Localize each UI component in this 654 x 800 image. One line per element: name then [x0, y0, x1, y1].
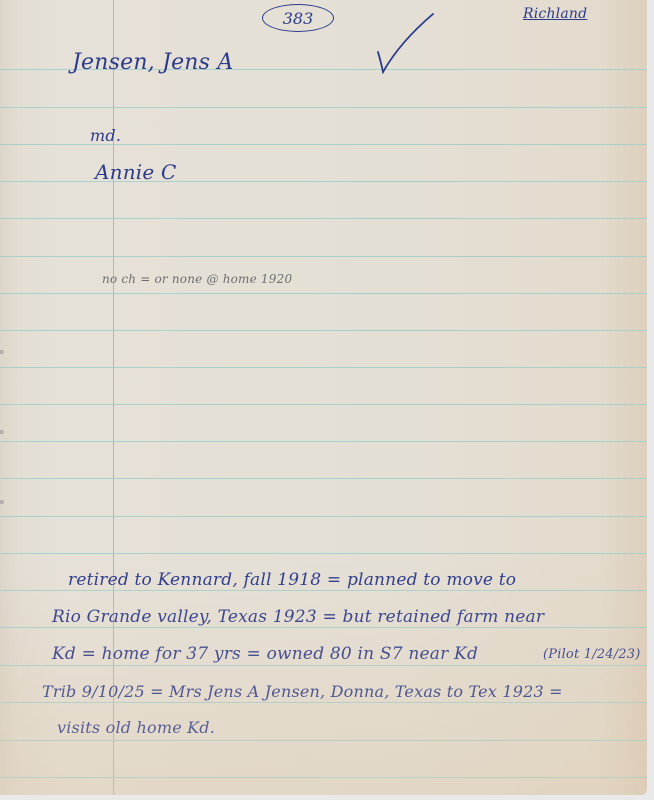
notebook-page: 383 Richland Jensen, Jens A md. Annie C …: [0, 0, 647, 795]
rule-line: [0, 404, 647, 405]
note-line-5: visits old home Kd.: [57, 718, 215, 737]
rule-line: [0, 293, 647, 294]
note-line-1: retired to Kennard, fall 1918 = planned …: [68, 570, 516, 590]
rule-line: [0, 218, 647, 219]
note-line-3: Kd = home for 37 yrs = owned 80 in S7 ne…: [52, 644, 478, 664]
person-name: Jensen, Jens A: [72, 50, 233, 75]
rule-line: [0, 590, 647, 591]
margin-line: [113, 0, 114, 795]
binder-hole: [0, 430, 4, 434]
rule-line: [0, 627, 647, 628]
rule-line: [0, 777, 647, 778]
page-number: 383: [262, 4, 334, 32]
pencil-note: no ch = or none @ home 1920: [102, 272, 292, 286]
rule-line: [0, 702, 647, 703]
binder-hole: [0, 500, 4, 504]
rule-line: [0, 516, 647, 517]
note-line-2: Rio Grande valley, Texas 1923 = but reta…: [52, 607, 544, 627]
married-label: md.: [90, 126, 121, 145]
rule-line: [0, 665, 647, 666]
rule-line: [0, 740, 647, 741]
spouse-name: Annie C: [95, 160, 177, 184]
rule-line: [0, 367, 647, 368]
check-mark-icon: [375, 12, 435, 74]
binder-hole: [0, 350, 4, 354]
rule-line: [0, 553, 647, 554]
rule-line: [0, 107, 647, 108]
rule-line: [0, 441, 647, 442]
rule-line: [0, 478, 647, 479]
note-source-pilot: (Pilot 1/24/23): [543, 647, 641, 662]
rule-line: [0, 256, 647, 257]
rule-line: [0, 330, 647, 331]
county-label: Richland: [523, 6, 587, 22]
note-line-4: Trib 9/10/25 = Mrs Jens A Jensen, Donna,…: [42, 682, 563, 701]
